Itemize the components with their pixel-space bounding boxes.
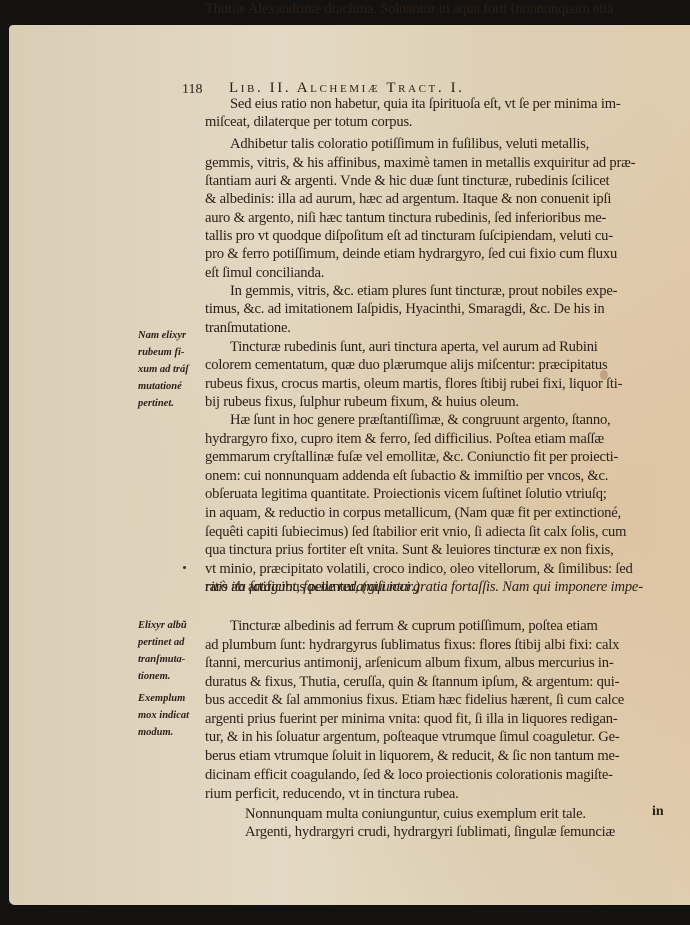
- text-line: timus, &c. ad imitationem Iaſpidis, Hyac…: [205, 300, 604, 318]
- text-line: Argenti, hydrargyri crudi, hydrargyri ſu…: [245, 823, 615, 841]
- text-line: ſtantiam auri & argenti. Vnde & hic duæ …: [205, 172, 609, 190]
- text-line: tallis pro vt quodque diſpoſitum eſt ad …: [205, 227, 613, 245]
- text-line: onem: cui nonnunquam addenda eſt ſubacti…: [205, 467, 608, 485]
- text-line: auro & argento, niſi hæc tantum tinctura…: [205, 209, 606, 227]
- text-line: bij rubeus fixus, ſulphur rubeum fixum, …: [205, 393, 519, 411]
- margin-line: mox indicat: [138, 707, 189, 724]
- text-line: miſceat, dilaterque per totum corpus.: [205, 113, 412, 131]
- text-line: Adhibetur talis coloratio potiſſimum in …: [230, 135, 589, 153]
- text-line: Hæ ſunt in hoc genere præſtantiſſimæ, & …: [230, 411, 611, 429]
- text-line: dicinam efficit coagulando, ſed & loco p…: [205, 766, 613, 784]
- catchword: in: [652, 804, 664, 820]
- marginal-note-2: Elixyr albũ pertinet ad tranſmuta- tione…: [138, 617, 187, 685]
- margin-line: pertinet.: [138, 395, 189, 412]
- text-line: vt minio, præcipitato volatili, croco in…: [205, 560, 633, 578]
- text-line: tranſmutatione.: [205, 319, 291, 337]
- text-line: qua tinctura prius fortiter eſt vnita. S…: [205, 541, 614, 559]
- text-line: ad plumbum ſunt: hydrargyrus ſublimatus …: [205, 636, 619, 654]
- text-line: duratus & fixus, Thutia, ceruſſa, quin &…: [205, 673, 619, 691]
- margin-line: tionem.: [138, 668, 187, 685]
- margin-line: pertinet ad: [138, 634, 187, 651]
- margin-line: tranſmuta-: [138, 651, 187, 668]
- text-line: pro & ferro potiſſimum, deinde etiam hyd…: [205, 245, 617, 263]
- text-line: gemmarum cryſtallinæ fuſæ vel emollitæ, …: [205, 448, 618, 466]
- italic-aside-end: ritis ita ſatagunt, facile redarguuntur.…: [205, 578, 420, 596]
- margin-line: Nam elixyr: [138, 327, 189, 344]
- page-number: 118: [182, 82, 202, 98]
- marginal-note-3: Exemplum mox indicat modum.: [138, 690, 189, 741]
- text-line: colorem cementatum, quæ duo plærumque al…: [205, 356, 607, 374]
- text-line: Tincturæ albedinis ad ferrum & cuprum po…: [230, 617, 598, 635]
- margin-mark: [183, 566, 186, 569]
- margin-line: xum ad tráſ: [138, 361, 189, 378]
- marginal-note-1: Nam elixyr rubeum fi- xum ad tráſ mutati…: [138, 327, 189, 412]
- margin-line: Elixyr albũ: [138, 617, 187, 634]
- margin-line: modum.: [138, 724, 189, 741]
- text-line: Nonnunquam multa coniunguntur, cuius exe…: [245, 805, 586, 823]
- margin-line: rubeum fi-: [138, 344, 189, 361]
- text-line: rium perficit, reducendo, vt in tinctura…: [205, 785, 459, 803]
- text-line: eſt ſimul concilianda.: [205, 264, 324, 282]
- margin-line: mutationé: [138, 378, 189, 395]
- text-line: ſtanni, mercurius antimonij, arſenicum a…: [205, 654, 614, 672]
- text-line: In gemmis, vitris, &c. etiam plures ſunt…: [230, 282, 617, 300]
- margin-line: Exemplum: [138, 690, 189, 707]
- text-line: argenti prius fuerint per minima vnita: …: [205, 710, 618, 728]
- text-line: bus accedit & ſal ammonius fixus. Etiam …: [205, 691, 624, 709]
- text-line: & albedinis: illa ad aurum, hæc ad argen…: [205, 190, 611, 208]
- text-line: tur, & in his ſoluatur argentum, poſteaq…: [205, 728, 620, 746]
- text-line: gemmis, vitris, & his affinibus, maximè …: [205, 154, 635, 172]
- text-line: ſequêti capiti ſubiecimus) ſed ſtabilior…: [205, 523, 626, 541]
- text-line: Tincturæ rubedinis ſunt, auri tinctura a…: [230, 338, 598, 356]
- text-line: rubeus fixus, crocus martis, oleum marti…: [205, 375, 622, 393]
- text-line: hydrargyro fixo, cupro item & ferro, ſed…: [205, 430, 604, 448]
- text-line: obſeruata legitima quantitate. Proiectio…: [205, 485, 607, 503]
- text-line: in aquam, & reductio in corpus metallicu…: [205, 504, 621, 522]
- text-line: berus etiam vtrumque ſoluit in liquorem,…: [205, 747, 619, 765]
- text-line: Thutiæ Alexandrinæ drachma. Soluantur in…: [205, 0, 613, 18]
- text-line: Sed eius ratio non habetur, quia ita ſpi…: [230, 95, 621, 113]
